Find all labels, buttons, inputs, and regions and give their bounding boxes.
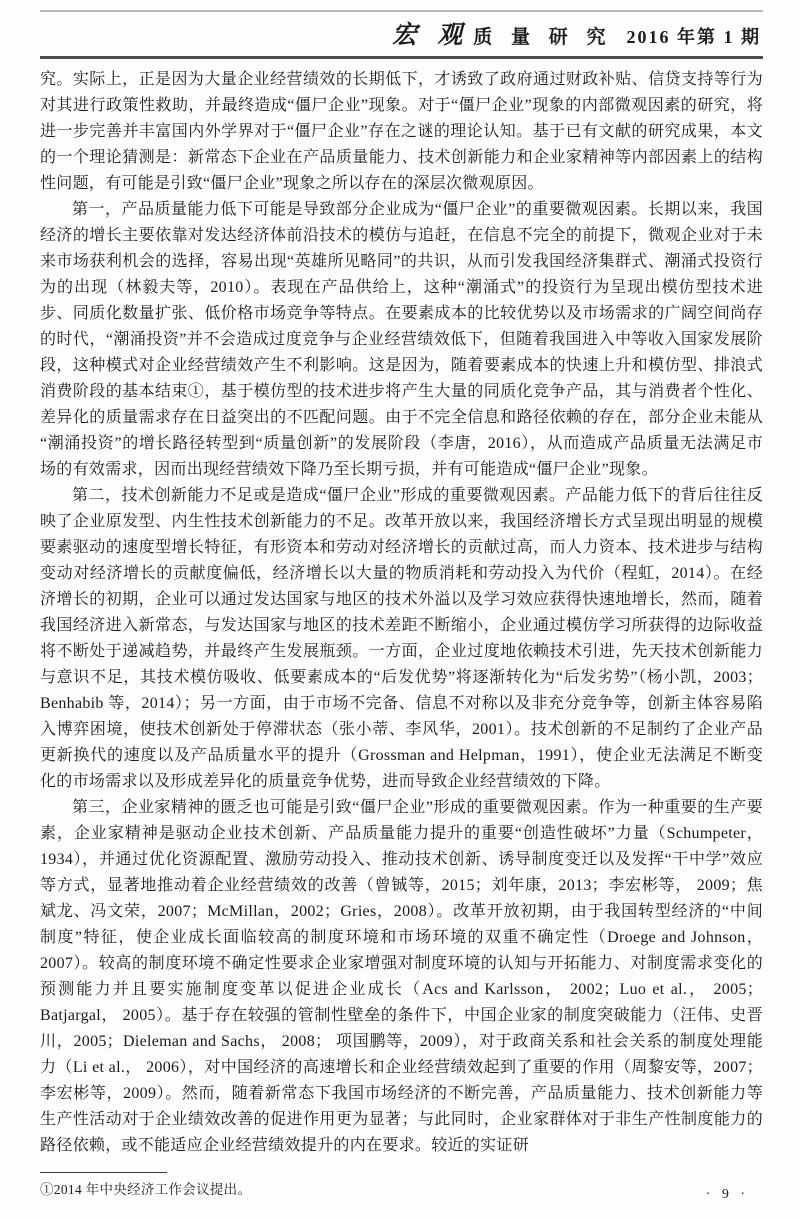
- journal-header-line: 宏 观 质 量 研 究 2016 年第 1 期: [40, 12, 763, 56]
- journal-page: 宏 观 质 量 研 究 2016 年第 1 期 究。实际上，正是因为大量企业经营…: [0, 0, 801, 1219]
- body-paragraph-first: 第一，产品质量能力低下可能是导致部分企业成为“僵尸企业”的重要微观因素。长期以来…: [40, 197, 763, 483]
- page-header: 宏 观 质 量 研 究 2016 年第 1 期: [40, 10, 763, 59]
- body-paragraph-third: 第三，企业家精神的匮乏也可能是引致“僵尸企业”形成的重要微观因素。作为一种重要的…: [40, 795, 763, 1159]
- body-paragraph-continuation: 究。实际上，正是因为大量企业经营绩效的长期低下，才诱致了政府通过财政补贴、信贷支…: [40, 67, 763, 197]
- journal-issue: 2016 年第 1 期: [627, 27, 762, 47]
- journal-name: 质 量 研 究: [473, 27, 612, 48]
- footnote-text: ①2014 年中央经济工作会议提出。: [40, 1173, 763, 1200]
- article-body: 究。实际上，正是因为大量企业经营绩效的长期低下，才诱致了政府通过财政补贴、信贷支…: [40, 59, 763, 1159]
- body-paragraph-second: 第二，技术创新能力不足或是造成“僵尸企业”形成的重要微观因素。产品能力低下的背后…: [40, 483, 763, 795]
- journal-name-calligraphic: 宏 观: [392, 22, 469, 49]
- page-number: · 9 ·: [706, 1187, 749, 1203]
- page-footer: ①2014 年中央经济工作会议提出。 · 9 ·: [40, 1172, 763, 1200]
